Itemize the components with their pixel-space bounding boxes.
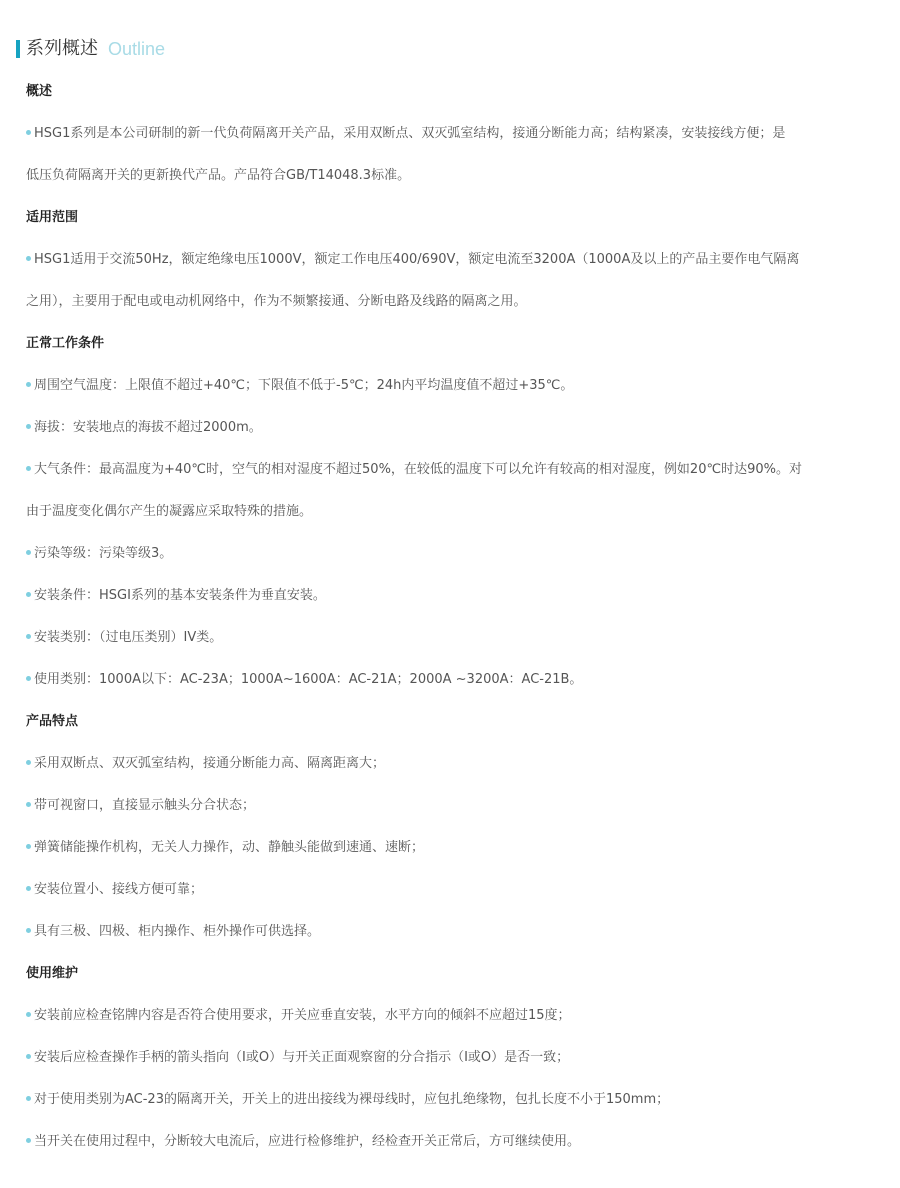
line-text: 安装类别：（过电压类别）IV类。 [34,630,222,645]
bullet-icon [26,844,31,849]
list-item: 污染等级：污染等级3。 [26,533,866,575]
bullet-icon [26,1138,31,1143]
line-text: 低压负荷隔离开关的更新换代产品。产品符合GB/T14048.3标准。 [26,168,410,183]
line-text: 具有三极、四极、柜内操作、柜外操作可供选择。 [34,924,320,939]
bullet-icon [26,256,31,261]
line-text: 采用双断点、双灭弧室结构，接通分断能力高、隔离距离大； [34,756,385,771]
bullet-icon [26,466,31,471]
line-text: 污染等级：污染等级3。 [34,546,172,561]
line-text: HSG1适用于交流50Hz，额定绝缘电压1000V，额定工作电压400/690V… [34,252,799,267]
title-accent-bar [16,40,20,58]
list-item: 周围空气温度：上限值不超过+40℃；下限值不低于-5℃；24h内平均温度值不超过… [26,365,866,407]
line-text: 带可视窗口，直接显示触头分合状态； [34,798,255,813]
heading-maintenance: 使用维护 [26,953,866,995]
list-item: 采用双断点、双灭弧室结构，接通分断能力高、隔离距离大； [26,743,866,785]
line-text: 之用），主要用于配电或电动机网络中，作为不频繁接通、分断电路及线路的隔离之用。 [26,294,527,309]
line-text: 大气条件：最高温度为+40℃时，空气的相对湿度不超过50%，在较低的温度下可以允… [34,462,802,477]
bullet-icon [26,928,31,933]
list-item: 大气条件：最高温度为+40℃时，空气的相对湿度不超过50%，在较低的温度下可以允… [26,449,866,491]
bullet-icon [26,676,31,681]
section-title: 系列概述 Outline [16,38,165,60]
bullet-icon [26,130,31,135]
bullet-icon [26,1054,31,1059]
paragraph-line: 低压负荷隔离开关的更新换代产品。产品符合GB/T14048.3标准。 [26,155,866,197]
list-item: 对于使用类别为AC-23的隔离开关，开关上的进出接线为裸母线时，应包扎绝缘物，包… [26,1079,866,1121]
bullet-icon [26,550,31,555]
list-item: 安装前应检查铭牌内容是否符合使用要求，开关应垂直安装，水平方向的倾斜不应超过15… [26,995,866,1037]
list-item: 安装后应检查操作手柄的箭头指向（I或O）与开关正面观察窗的分合指示（I或O）是否… [26,1037,866,1079]
heading-scope: 适用范围 [26,197,866,239]
list-item: 带可视窗口，直接显示触头分合状态； [26,785,866,827]
line-text: 安装后应检查操作手柄的箭头指向（I或O）与开关正面观察窗的分合指示（I或O）是否… [34,1050,569,1065]
list-item: 使用类别：1000A以下：AC-23A；1000A~1600A：AC-21A；2… [26,659,866,701]
title-chinese: 系列概述 [26,38,98,60]
paragraph-line: HSG1系列是本公司研制的新一代负荷隔离开关产品，采用双断点、双灭弧室结构，接通… [26,113,866,155]
paragraph-line: 之用），主要用于配电或电动机网络中，作为不频繁接通、分断电路及线路的隔离之用。 [26,281,866,323]
line-text: 对于使用类别为AC-23的隔离开关，开关上的进出接线为裸母线时，应包扎绝缘物，包… [34,1092,669,1107]
line-text: 周围空气温度：上限值不超过+40℃；下限值不低于-5℃；24h内平均温度值不超过… [34,378,573,393]
line-text: 安装条件：HSGI系列的基本安装条件为垂直安装。 [34,588,326,603]
heading-features: 产品特点 [26,701,866,743]
list-item: 海拔：安装地点的海拔不超过2000m。 [26,407,866,449]
list-item: 当开关在使用过程中，分断较大电流后，应进行检修维护，经检查开关正常后，方可继续使… [26,1121,866,1163]
bullet-icon [26,382,31,387]
bullet-icon [26,424,31,429]
list-item: 安装位置小、接线方便可靠； [26,869,866,911]
paragraph-line: HSG1适用于交流50Hz，额定绝缘电压1000V，额定工作电压400/690V… [26,239,866,281]
heading-overview: 概述 [26,71,866,113]
bullet-icon [26,760,31,765]
bullet-icon [26,1012,31,1017]
bullet-icon [26,592,31,597]
bullet-icon [26,1096,31,1101]
line-text: 海拔：安装地点的海拔不超过2000m。 [34,420,262,435]
line-text: 使用类别：1000A以下：AC-23A；1000A~1600A：AC-21A；2… [34,672,582,687]
list-item: 具有三极、四极、柜内操作、柜外操作可供选择。 [26,911,866,953]
line-text: 安装前应检查铭牌内容是否符合使用要求，开关应垂直安装，水平方向的倾斜不应超过15… [34,1008,571,1023]
list-item-continuation: 由于温度变化偶尔产生的凝露应采取特殊的措施。 [26,491,866,533]
list-item: 安装类别：（过电压类别）IV类。 [26,617,866,659]
title-english: Outline [108,38,165,60]
line-text: 弹簧储能操作机构，无关人力操作，动、静触头能做到速通、速断； [34,840,424,855]
heading-working-conditions: 正常工作条件 [26,323,866,365]
line-text: 安装位置小、接线方便可靠； [34,882,203,897]
bullet-icon [26,802,31,807]
line-text: HSG1系列是本公司研制的新一代负荷隔离开关产品，采用双断点、双灭弧室结构，接通… [34,126,785,141]
list-item: 弹簧储能操作机构，无关人力操作，动、静触头能做到速通、速断； [26,827,866,869]
outline-content: 概述 HSG1系列是本公司研制的新一代负荷隔离开关产品，采用双断点、双灭弧室结构… [26,71,866,1163]
line-text: 当开关在使用过程中，分断较大电流后，应进行检修维护，经检查开关正常后，方可继续使… [34,1134,580,1149]
list-item: 安装条件：HSGI系列的基本安装条件为垂直安装。 [26,575,866,617]
bullet-icon [26,634,31,639]
bullet-icon [26,886,31,891]
line-text: 由于温度变化偶尔产生的凝露应采取特殊的措施。 [26,504,312,519]
